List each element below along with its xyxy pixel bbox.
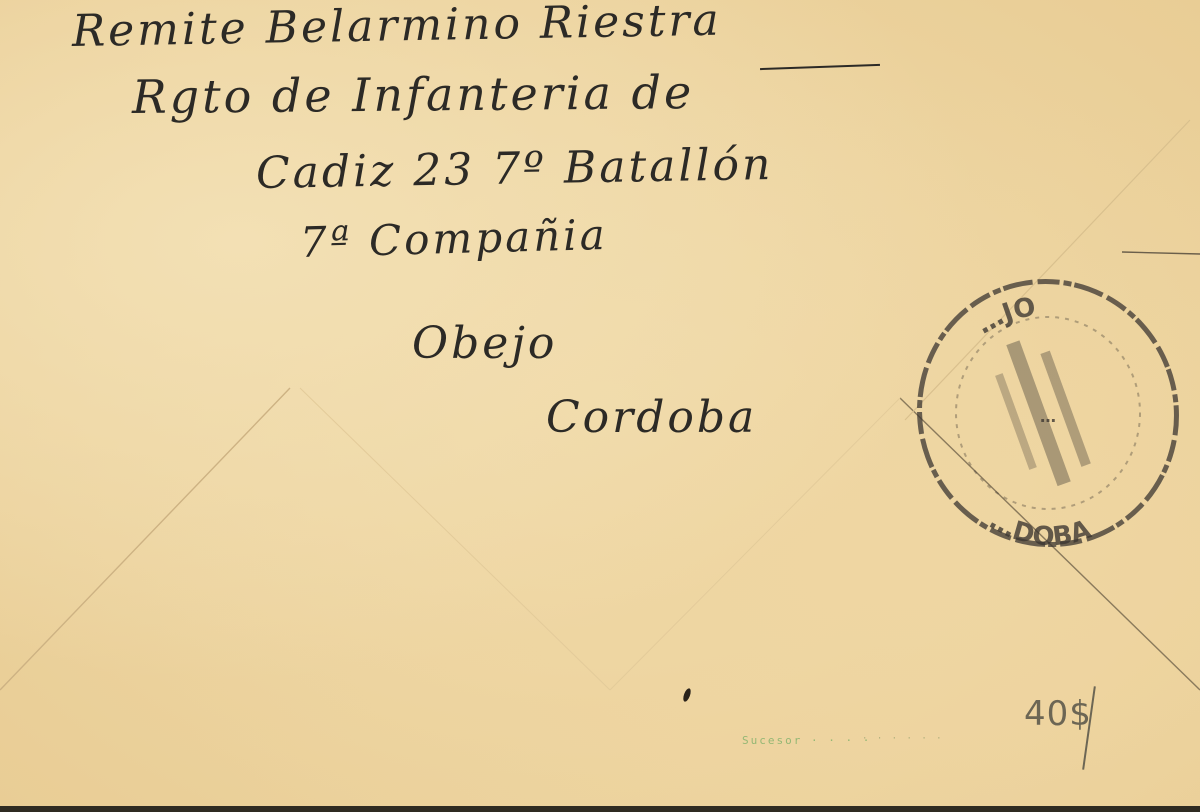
printer-imprint: Sucesor · · · · bbox=[742, 734, 871, 747]
scan-bottom-edge bbox=[0, 806, 1200, 812]
sender-line-battalion: Cadiz 23 7º Batallón bbox=[256, 139, 774, 199]
postmark-date: … bbox=[1040, 407, 1056, 426]
printer-imprint-secondary: · · · · · · bbox=[862, 734, 944, 744]
postmark-bottom-text: …DOBA bbox=[985, 506, 1095, 553]
sender-line-town: Obejo bbox=[412, 318, 557, 369]
sender-line-province: Cordoba bbox=[546, 392, 757, 443]
envelope-back: Remite Belarmino Riestra Rgto de Infante… bbox=[0, 0, 1200, 806]
sender-line-regiment: Rgto de Infanteria de bbox=[132, 65, 695, 124]
pencil-price-note: 40$ bbox=[1024, 694, 1092, 734]
sender-line-company: 7ª Compañia bbox=[299, 210, 608, 267]
postmark-stamp: …JO …DOBA … bbox=[900, 270, 1190, 560]
